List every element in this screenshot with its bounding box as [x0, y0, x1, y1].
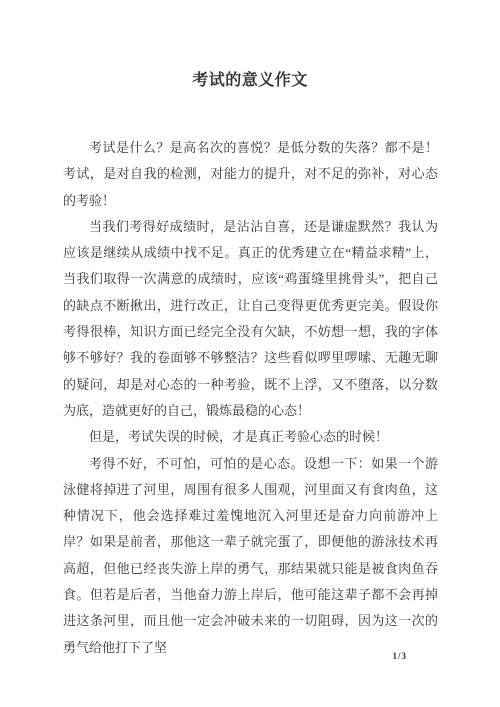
essay-paragraph-2: 当我们考得好成绩时，是沾沾自喜，还是谦虚默然？我认为应该是继续从成绩中找不足。真… — [63, 214, 438, 424]
essay-paragraph-3: 但是，考试失误的时候，才是真正考验心态的时候！ — [63, 424, 438, 450]
essay-paragraph-1: 考试是什么？是高名次的喜悦？是低分数的失落？都不是！考试，是对自我的检测，对能力… — [63, 135, 438, 214]
page-number: 1/3 — [392, 651, 407, 661]
document-page: 考试的意义作文 考试是什么？是高名次的喜悦？是低分数的失落？都不是！考试，是对自… — [0, 0, 500, 707]
essay-body: 考试是什么？是高名次的喜悦？是低分数的失落？都不是！考试，是对自我的检测，对能力… — [63, 135, 438, 661]
essay-title: 考试的意义作文 — [0, 0, 500, 91]
essay-paragraph-4: 考得不好，不可怕，可怕的是心态。设想一下：如果一个游泳健将掉进了河里，周围有很多… — [63, 451, 438, 661]
